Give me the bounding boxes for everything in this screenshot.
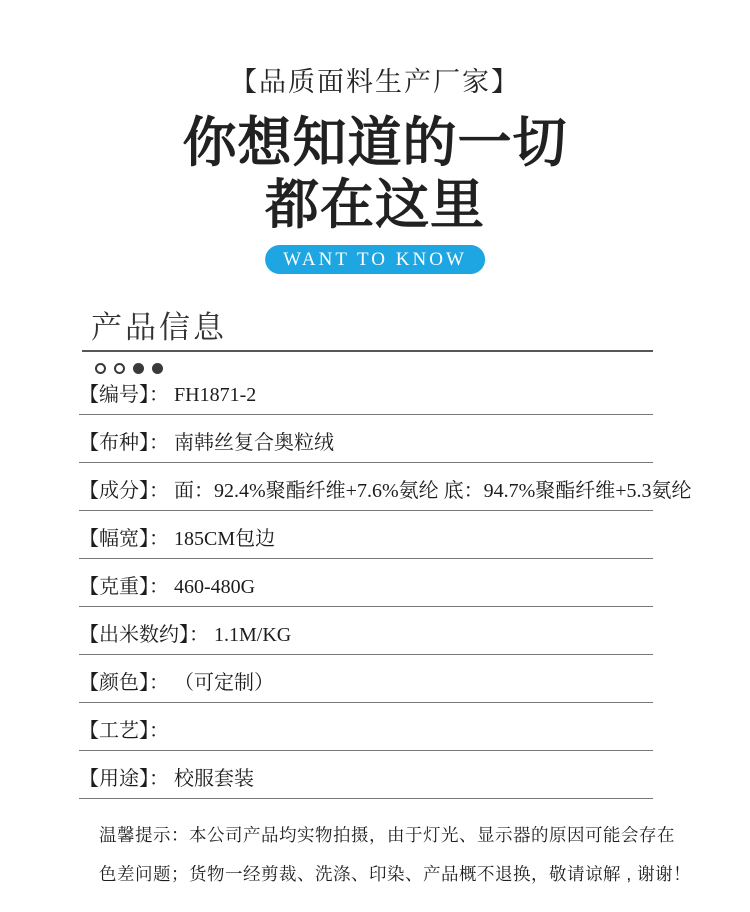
section-divider <box>82 350 653 352</box>
spec-label: 【编号】： <box>79 378 169 407</box>
spec-label: 【布种】： <box>79 426 169 455</box>
spec-row-craft: 【工艺】： <box>79 703 653 751</box>
spec-label: 【出米数约】： <box>79 618 209 647</box>
want-to-know-badge: WANT TO KNOW <box>265 245 485 274</box>
spec-value: FH1871-2 <box>174 384 256 407</box>
spec-label: 【用途】： <box>79 762 169 791</box>
spec-row-color: 【颜色】： （可定制） <box>79 655 653 703</box>
spec-row-fabric-type: 【布种】： 南韩丝复合奥粒绒 <box>79 415 653 463</box>
spec-row-width: 【幅宽】： 185CM包边 <box>79 511 653 559</box>
spec-row-code: 【编号】： FH1871-2 <box>79 367 653 415</box>
spec-row-yield: 【出米数约】： 1.1M/KG <box>79 607 653 655</box>
spec-label: 【克重】： <box>79 570 169 599</box>
manufacturer-tagline: 【品质面料生产厂家】 <box>0 60 750 99</box>
spec-value: 校服套装 <box>174 762 254 791</box>
spec-value: 460-480G <box>174 576 255 599</box>
main-title: 你想知道的一切 都在这里 <box>0 112 750 236</box>
spec-row-composition: 【成分】： 面：92.4%聚酯纤维+7.6%氨纶 底：94.7%聚酯纤维+5.3… <box>79 463 653 511</box>
main-title-line2: 都在这里 <box>0 174 750 236</box>
spec-label: 【幅宽】： <box>79 522 169 551</box>
spec-row-usage: 【用途】： 校服套装 <box>79 751 653 799</box>
notice-line2: 色差问题；货物一经剪裁、洗涤、印染、产品概不退换，敬请谅解 , 谢谢！ <box>99 855 691 894</box>
spec-value: 1.1M/KG <box>214 624 291 647</box>
section-title: 产品信息 <box>91 302 227 347</box>
spec-value: 面：92.4%聚酯纤维+7.6%氨纶 底：94.7%聚酯纤维+5.3氨纶 <box>174 474 692 503</box>
spec-list: 【编号】： FH1871-2 【布种】： 南韩丝复合奥粒绒 【成分】： 面：92… <box>79 367 653 799</box>
spec-row-weight: 【克重】： 460-480G <box>79 559 653 607</box>
notice-line1: 温馨提示：本公司产品均实物拍摄，由于灯光、显示器的原因可能会存在 <box>99 816 691 855</box>
spec-value: 南韩丝复合奥粒绒 <box>174 426 334 455</box>
notice-text: 温馨提示：本公司产品均实物拍摄，由于灯光、显示器的原因可能会存在 色差问题；货物… <box>99 816 691 894</box>
spec-label: 【颜色】： <box>79 666 169 695</box>
product-info-page: 【品质面料生产厂家】 你想知道的一切 都在这里 WANT TO KNOW 产品信… <box>0 0 750 912</box>
spec-label: 【成分】： <box>79 474 169 503</box>
main-title-line1: 你想知道的一切 <box>0 112 750 174</box>
spec-value: （可定制） <box>174 666 274 695</box>
spec-label: 【工艺】： <box>79 714 169 743</box>
spec-value: 185CM包边 <box>174 522 275 551</box>
